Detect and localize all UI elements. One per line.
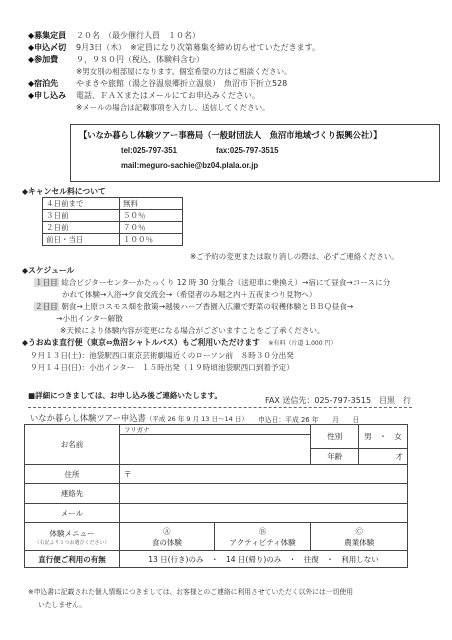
email-field[interactable] (119, 504, 407, 523)
office-email[interactable]: mail:meguro-sachie@bz04.plala.or.jp (121, 161, 258, 170)
cancel-when: ４日前まで (43, 198, 120, 210)
address-field[interactable]: 〒 (119, 465, 407, 484)
info-deadline: ◆申込〆切9月3日（木） ※定員になり次第募集を締め切らせていただきます。 (28, 42, 320, 53)
table-row: ４日前まで無料 (43, 198, 183, 210)
menu-label: 体験メニュー (49, 529, 94, 538)
cancel-fee: 無料 (120, 198, 183, 210)
age-field[interactable]: 才 (359, 449, 408, 465)
form-title-row: いなか暮らし体験ツアー申込書（平成 26 年 9 月 13 日～14 日） (30, 412, 248, 424)
cancel-fee-table: ４日前まで無料 ３日前５０％ ２日前７０％ 前日・当日１００％ (42, 197, 183, 246)
info-label: ◆宿泊先 (28, 78, 76, 89)
schedule-day2-cont: →小出インター解散 (56, 313, 123, 324)
age-label: 年齢 (311, 449, 359, 465)
cancel-fee: ７０％ (120, 222, 183, 234)
info-fee: ◆参加費９，９８０円（税込、体験料含む） (28, 54, 204, 65)
schedule-heading: ◆スケジュール (22, 265, 74, 276)
info-lodging: ◆宿泊先やまきや旅館（湯之谷温泉郷折立温泉） 魚沼市下折立528 (28, 78, 287, 89)
menu-option-b[interactable]: Ⓑアクティビティ体験 (214, 523, 311, 551)
gender-options[interactable]: 男 ・ 女 (359, 425, 408, 449)
shuttle-fee-note: ※有料（片道 1,000 円） (268, 340, 336, 347)
shuttle-heading-row: ◆うおぬま直行便（東京⇔魚沼シャトルバス）もご利用いただけます ※有料（片道 1… (22, 337, 336, 348)
details-note: ■詳細につきましては、お申し込み後ご連絡いたします。 (28, 390, 222, 401)
office-contact-box: 【いなか暮らし体験ツアー事務局（一般財団法人 魚沼市地域づくり振興公社）】 te… (70, 124, 440, 182)
day1-text: 総合ビジターセンターかたっくり 12 時 30 分集合（送迎車に乗換え）→宿にて… (61, 278, 390, 287)
option-a-name: 食の体験 (152, 538, 182, 547)
name-label: お名前 (25, 425, 120, 465)
option-b-name: アクティビティ体験 (230, 538, 296, 547)
name-field[interactable] (119, 435, 310, 465)
contact-label: 連絡先 (25, 484, 120, 504)
furigana-label: フリガナ (124, 426, 150, 434)
privacy-note: ※申込書に記載された個人情報につきましては、お客様とのご連絡に利用させていただく… (28, 586, 353, 596)
shuttle-line-2: ９月１４日(日)：小出インター １５時出発（１９時頃池袋駅西口到着予定） (30, 362, 294, 373)
form-title: いなか暮らし体験ツアー申込書 (30, 413, 146, 423)
office-tel: tel:025-797-351 (121, 146, 177, 155)
office-fax: fax:025-797-3515 (216, 146, 278, 155)
info-capacity: ◆募集定員２０名 （最少催行人員 １０名） (28, 30, 200, 41)
table-row: ２日前７０％ (43, 222, 183, 234)
cancel-when: ３日前 (43, 210, 120, 222)
table-row: ３日前５０％ (43, 210, 183, 222)
info-value: 電話、ＦＡＸまたはメールにてお申込みください。 (76, 91, 260, 100)
gender-label: 性別 (311, 425, 359, 449)
info-value: ２０名 （最少催行人員 １０名） (76, 31, 200, 40)
schedule-day2: ２日目 朝食→上原コスモス畑を散策→越後ハーブ香園入広瀬で野菜の収穫体験とＢＢＱ… (34, 301, 353, 312)
furigana-field[interactable]: フリガナ (119, 425, 310, 435)
cancel-when: 前日・当日 (43, 234, 120, 246)
address-label: 住所 (25, 465, 120, 484)
info-label: ◆申し込み (28, 90, 76, 101)
schedule-day1-cont: かれて体験→入浴→夕食交流会→（希望者のみ堀之内＋五夜まつり見物へ） (62, 289, 317, 300)
schedule-day1: １日目 総合ビジターセンターかたっくり 12 時 30 分集合（送迎車に乗換え）… (34, 277, 390, 288)
day2-text: 朝食→上原コスモス畑を散策→越後ハーブ香園入広瀬で野菜の収穫体験とＢＢＱ昼食→ (61, 302, 353, 311)
option-b-mark: Ⓑ (215, 526, 311, 537)
info-apply-note: ※メールの場合は記載事項を入力し、送信してください。 (76, 102, 270, 113)
info-label: ◆募集定員 (28, 30, 76, 41)
shuttle-usage-options[interactable]: 13 日(行き)のみ ・ 14 日(帰り)のみ ・ 往復 ・ 利用しない (119, 551, 407, 568)
apply-date: 申込日：平成 26 年 月 日 (258, 414, 359, 424)
day2-label: ２日目 (34, 302, 59, 311)
cut-line (28, 407, 412, 408)
table-row: 前日・当日１００％ (43, 234, 183, 246)
application-form: お名前 フリガナ 性別 男 ・ 女 年齢 才 住所 〒 連絡先 メール 体験メニ… (24, 424, 408, 568)
info-value: ９，９８０円（税込、体験料含む） (76, 55, 204, 64)
shuttle-heading: ◆うおぬま直行便（東京⇔魚沼シャトルバス）もご利用いただけます (22, 338, 260, 347)
schedule-note: ※天候により体験内容が変更になる場合がございますことをご了承ください。 (60, 325, 325, 336)
fax-destination: FAX 送信先：025-797-3515 目黒 行 (265, 395, 411, 406)
option-c-mark: Ⓒ (311, 526, 407, 537)
info-fee-note: ※男女別の相部屋になります。個室希望の方はご相談ください。 (76, 66, 292, 77)
option-c-name: 農業体験 (344, 538, 374, 547)
info-label: ◆参加費 (28, 54, 76, 65)
cancel-heading: ◆キャンセル料について (22, 186, 106, 197)
cancel-when: ２日前 (43, 222, 120, 234)
email-label: メール (25, 504, 120, 523)
postal-mark: 〒 (124, 470, 132, 479)
day1-label: １日目 (34, 278, 59, 287)
shuttle-line-1: ９月１３日(土)：池袋駅西口東京芸術劇場近くのローソン前 ８時３０分出発 (30, 350, 294, 361)
info-value: やまきや旅館（湯之谷温泉郷折立温泉） 魚沼市下折立528 (76, 79, 287, 88)
age-unit: 才 (396, 452, 404, 461)
info-label: ◆申込〆切 (28, 42, 76, 53)
info-value: 9月3日（木） ※定員になり次第募集を締め切らせていただきます。 (76, 43, 320, 52)
privacy-note-cont: いたしません。 (38, 599, 86, 609)
form-period: （平成 26 年 9 月 13 日～14 日） (146, 415, 248, 423)
menu-label-cell: 体験メニュー（右記より１つお選びください） (25, 523, 120, 551)
menu-option-c[interactable]: Ⓒ農業体験 (311, 523, 408, 551)
office-title: 【いなか暮らし体験ツアー事務局（一般財団法人 魚沼市地域づくり振興公社）】 (79, 129, 382, 141)
info-apply: ◆申し込み電話、ＦＡＸまたはメールにてお申込みください。 (28, 90, 260, 101)
shuttle-usage-label: 直行便ご利用の有無 (25, 551, 120, 568)
option-a-mark: Ⓐ (120, 526, 214, 537)
cancel-fee: １００％ (120, 234, 183, 246)
menu-hint: （右記より１つお選びください） (25, 539, 119, 546)
contact-field[interactable] (119, 484, 407, 504)
menu-option-a[interactable]: Ⓐ食の体験 (119, 523, 214, 551)
cancel-fee: ５０％ (120, 210, 183, 222)
cancel-note: ※ご予約の変更または取り消しの際は、必ずご連絡ください。 (190, 251, 399, 262)
